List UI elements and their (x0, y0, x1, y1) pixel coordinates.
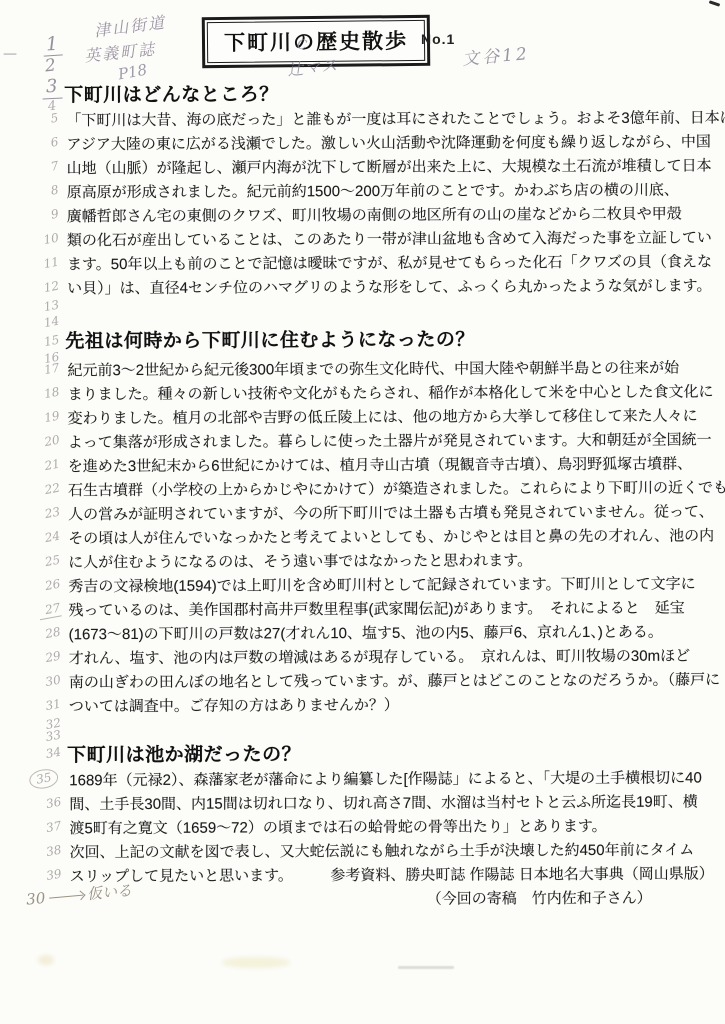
margin-line-number: 21 (37, 457, 61, 475)
handwritten-note-top-right: 文谷12 (461, 39, 531, 70)
margin-line-number: 15 (36, 333, 60, 351)
margin-line-number: 28 (38, 625, 62, 643)
margin-line-number: 29 (38, 649, 62, 667)
body-text: を進めた3世紀末から6世紀にかけては、植月寺山古墳（現観音寺古墳）、鳥羽野狐塚古… (68, 452, 715, 479)
text-line: 10類の化石が産出していることは、このあたり一帯が津山盆地も含めて入海だった事を… (0, 226, 724, 253)
body-text: アジア大陸の東に広がる浅瀬でした。激しい火山活動や沈降運動を何度も繰り返しながら… (66, 130, 713, 157)
handwritten-proof-mark: C (296, 37, 308, 53)
text-line: 26秀吉の文禄検地(1594)では上町川を含め町川村として記録されています。下町… (0, 572, 725, 599)
body-text: よって集落が形成されました。暮らしに使った土器片が発見されています。大和朝廷が全… (68, 428, 715, 455)
margin-line-number: 13 (36, 298, 60, 316)
text-line: 28(1673～81)の下町川の戸数は27(才れん10、塩す5、池の内5、藤戸6… (1, 620, 725, 647)
margin-line-number: 7 (35, 159, 59, 177)
text-line: 30南の山ぎわの田んぼの地名として残っています。が、藤戸とはどこのことなのだろう… (1, 668, 725, 695)
scan-smudge (398, 966, 454, 969)
body-text: 「下町川は大昔、海の底だった」と誰もが一度は耳にされたことでしょう。およそ3億年… (66, 106, 713, 133)
body-text: (1673～81)の下町川の戸数は27(才れん10、塩す5、池の内5、藤戸6、京… (69, 620, 716, 647)
body-text: 紀元前3～2世紀から紀元後300年頃までの弥生文化時代、中国大陸や朝鮮半島との往… (67, 356, 714, 383)
margin-cluster-number: 2 (44, 55, 57, 76)
scanned-document-page: 下町川の歴史散歩 No.1 — 津山街道 英義町誌 P18 C 辻マス 文谷12… (0, 0, 725, 1024)
margin-line-number: 24 (37, 529, 61, 547)
margin-line-number: 26 (37, 577, 61, 595)
text-line: 9廣幡哲郎さん宅の東側のクワズ、町川牧場の南側の地区所有の山の崖などから二枚貝や… (0, 202, 724, 229)
body-text: 原高原が形成されました。紀元前約1500～200万年前のことです。かわぶち店の横… (67, 178, 714, 205)
section-heading: 下町川はどんなところ？ (64, 80, 713, 109)
scan-corner-mark (709, 0, 720, 6)
margin-line-number: 35 (28, 767, 60, 791)
section-heading-row: 15先祖は何時から下町川に住むようになったの？ (0, 328, 724, 353)
margin-line-number: 30 (38, 673, 62, 691)
margin-line-number: 23 (37, 505, 61, 523)
text-line: 38次回、上記の文献を図で表し、又大蛇伝説にも触れながら土手が決壊した約450年… (2, 838, 725, 865)
body-text: 廣幡哲郎さん宅の東側のクワズ、町川牧場の南側の地区所有の山の崖などから二枚貝や甲… (67, 202, 714, 229)
margin-line-number: 27 (37, 601, 61, 621)
margin-line-number: 39 (39, 867, 63, 885)
body-text: 渡5町有之寛文（1659～72）の頃までは石の蛤骨蛇の骨等出たり」とあります。 (69, 814, 716, 841)
bottom-note-text: 仮いる (86, 879, 133, 904)
margin-line-number: 18 (36, 385, 60, 403)
text-line: 37渡5町有之寛文（1659～72）の頃までは石の蛤骨蛇の骨等出たり」とあります… (1, 814, 725, 841)
body-text: 次回、上記の文献を図で表し、又大蛇伝説にも触れながら土手が決壊した約450年前に… (69, 838, 716, 865)
text-line: 17紀元前3～2世紀から紀元後300年頃までの弥生文化時代、中国大陸や朝鮮半島と… (0, 356, 724, 383)
body-text: 残っているのは、美作国郡村高井戸数里程事(武家聞伝記)があります。 それによると… (68, 596, 715, 623)
text-line: 31ついては調査中。ご存知の方はありませんか？） (1, 692, 725, 719)
document-body: 下町川はどんなところ？5「下町川は大昔、海の底だった」と誰もが一度は耳にされたこ… (0, 80, 725, 913)
text-line: 24その頃は人が住んでいなっかたと考えてよいとしても、かじやとは目と鼻の先の才れ… (0, 524, 725, 551)
text-line: 351689年（元禄2）、森藩家老が藩命により編纂した[作陽誌」によると、「大堤… (1, 766, 725, 793)
handwritten-note-chronicle: 英義町誌 (83, 36, 157, 66)
text-line: 11ます。50年以上も前のことで記憶は曖昧ですが、私が見せてもらった化石「クワズ… (0, 250, 724, 277)
margin-line-number: 31 (38, 697, 62, 715)
body-text: スリップして見たいと思います。 参考資料、勝央町誌 作陽誌 日本地名大事典（岡山… (70, 862, 717, 889)
handwritten-note-page-ref: P18 (117, 61, 149, 84)
body-text: 1689年（元禄2）、森藩家老が藩命により編纂した[作陽誌」によると、「大堤の土… (69, 766, 716, 793)
text-line: 5「下町川は大昔、海の底だった」と誰もが一度は耳にされたことでしょう。およそ3億… (0, 106, 723, 133)
arrow-icon (49, 895, 83, 899)
handwritten-dash-mark: — (3, 46, 17, 62)
margin-line-number: 9 (36, 207, 60, 225)
scan-smudge (38, 955, 54, 965)
body-text: まりました。種々の新しい技術や文化がもたらされ、稲作が本格化して米を中心とした食… (68, 380, 715, 407)
margin-line-number: 17 (36, 361, 60, 379)
margin-line-number: 12 (36, 279, 60, 297)
body-text: に人が住むようになるのは、そう遠い事ではなかったと思われます。 (68, 548, 715, 575)
text-line: 12い貝）」は、直径4センチ位のハマグリのような形をして、ふっくら丸かったような… (0, 274, 724, 301)
margin-line-number: 38 (38, 843, 62, 861)
text-line: 22石生古墳群（小学校の上からかじやにかけて）が築造されました。これらにより下町… (0, 476, 725, 503)
body-text: その頃は人が住んでいなっかたと考えてよいとしても、かじやとは目と鼻の先の才れん、… (68, 524, 715, 551)
body-text: 類の化石が産出していることは、このあたり一帯が津山盆地も含めて入海だった事を立証… (67, 226, 714, 253)
body-text: 人の営みが証明されていますが、今の所下町川では土器も古墳も発見されていません。従… (68, 500, 715, 527)
section-heading: 先祖は何時から下町川に住むようになったの？ (65, 328, 714, 353)
body-text: い貝）」は、直径4センチ位のハマグリのような形をして、ふっくら丸かったような気が… (67, 274, 714, 301)
bottom-note-number: 30 (25, 888, 46, 908)
text-line: 21を進めた3世紀末から6世紀にかけては、植月寺山古墳（現観音寺古墳）、鳥羽野狐… (0, 452, 725, 479)
margin-line-number: 8 (36, 183, 60, 201)
handwritten-note-tsuyama-kaido: 津山街道 (93, 10, 167, 42)
text-line: 18まりました。種々の新しい技術や文化がもたらされ、稲作が本格化して米を中心とし… (0, 380, 725, 407)
text-line: 6アジア大陸の東に広がる浅瀬でした。激しい火山活動や沈降運動を何度も繰り返しなが… (0, 130, 724, 157)
body-text: 南の山ぎわの田んぼの地名として残っています。が、藤戸とはどこのことなのだろうか。… (69, 668, 716, 695)
body-text: 変わりました。植月の北部や吉野の低丘陵上には、他の地方から大挙して移住して来た人… (68, 404, 715, 431)
issue-number: No.1 (421, 31, 455, 47)
body-text: 才れん、塩す、池の内は戸数の増減はあるが現存している。 京れんは、町川牧場の30… (69, 644, 716, 671)
margin-line-number: 34 (38, 745, 62, 763)
margin-line-number: 37 (38, 819, 62, 837)
body-text: ます。50年以上も前のことで記憶は曖昧ですが、私が見せてもらった化石「クワズの貝… (67, 250, 714, 277)
margin-cluster-number: 1 (42, 32, 63, 56)
text-line: 25に人が住むようになるのは、そう遠い事ではなかったと思われます。 (0, 548, 725, 575)
handwritten-note-center: 辻マス (286, 52, 339, 80)
margin-line-number: 20 (37, 433, 61, 451)
section-heading-row: 34下町川は池か湖だったの？ (1, 740, 725, 769)
body-text: （今回の寄稿 竹内佐和子さん） (70, 886, 717, 913)
body-text: 秀吉の文禄検地(1594)では上町川を含め町川村として記録されています。下町川と… (68, 572, 715, 599)
text-line: 19変わりました。植月の北部や吉野の低丘陵上には、他の地方から大挙して移住して来… (0, 404, 725, 431)
scan-smudge (222, 957, 290, 968)
margin-line-number: 36 (38, 795, 62, 813)
text-line: 27残っているのは、美作国郡村高井戸数里程事(武家聞伝記)があります。 それによ… (0, 596, 725, 623)
text-line: 36間、土手長30間、内15間は切れ口なり、切れ高さ7間、水溜は当村セトと云ふ所… (1, 790, 725, 817)
text-line: 20よって集落が形成されました。暮らしに使った土器片が発見されています。大和朝廷… (0, 428, 725, 455)
section-heading-row: 下町川はどんなところ？ (0, 80, 723, 109)
text-line: 8原高原が形成されました。紀元前約1500～200万年前のことです。かわぶち店の… (0, 178, 724, 205)
margin-line-number: 14 (36, 314, 60, 332)
text-line: 23人の営みが証明されていますが、今の所下町川では土器も古墳も発見されていません… (0, 500, 725, 527)
margin-line-number: 11 (36, 255, 60, 273)
margin-line-number: 5 (35, 111, 59, 129)
margin-line-number: 10 (36, 231, 60, 249)
margin-line-number: 6 (35, 135, 59, 153)
body-text: 山地（山脈）が隆起し、瀬戸内海が沈下して断層が出来た上に、大規模な土石流が堆積し… (67, 154, 714, 181)
body-text: 石生古墳群（小学校の上からかじやにかけて）が築造されました。これらにより下町川の… (68, 476, 715, 503)
body-text: ついては調査中。ご存知の方はありませんか？） (69, 692, 716, 719)
section-heading: 下町川は池か湖だったの？ (67, 740, 716, 769)
body-text: 間、土手長30間、内15間は切れ口なり、切れ高さ7間、水溜は当村セトと云ふ所迄長… (69, 790, 716, 817)
margin-line-number: 25 (37, 553, 61, 571)
margin-line-number: 22 (37, 481, 61, 499)
text-line: 7山地（山脈）が隆起し、瀬戸内海が沈下して断層が出来た上に、大規模な土石流が堆積… (0, 154, 724, 181)
text-line: 29才れん、塩す、池の内は戸数の増減はあるが現存している。 京れんは、町川牧場の… (1, 644, 725, 671)
margin-line-number: 19 (37, 409, 61, 427)
